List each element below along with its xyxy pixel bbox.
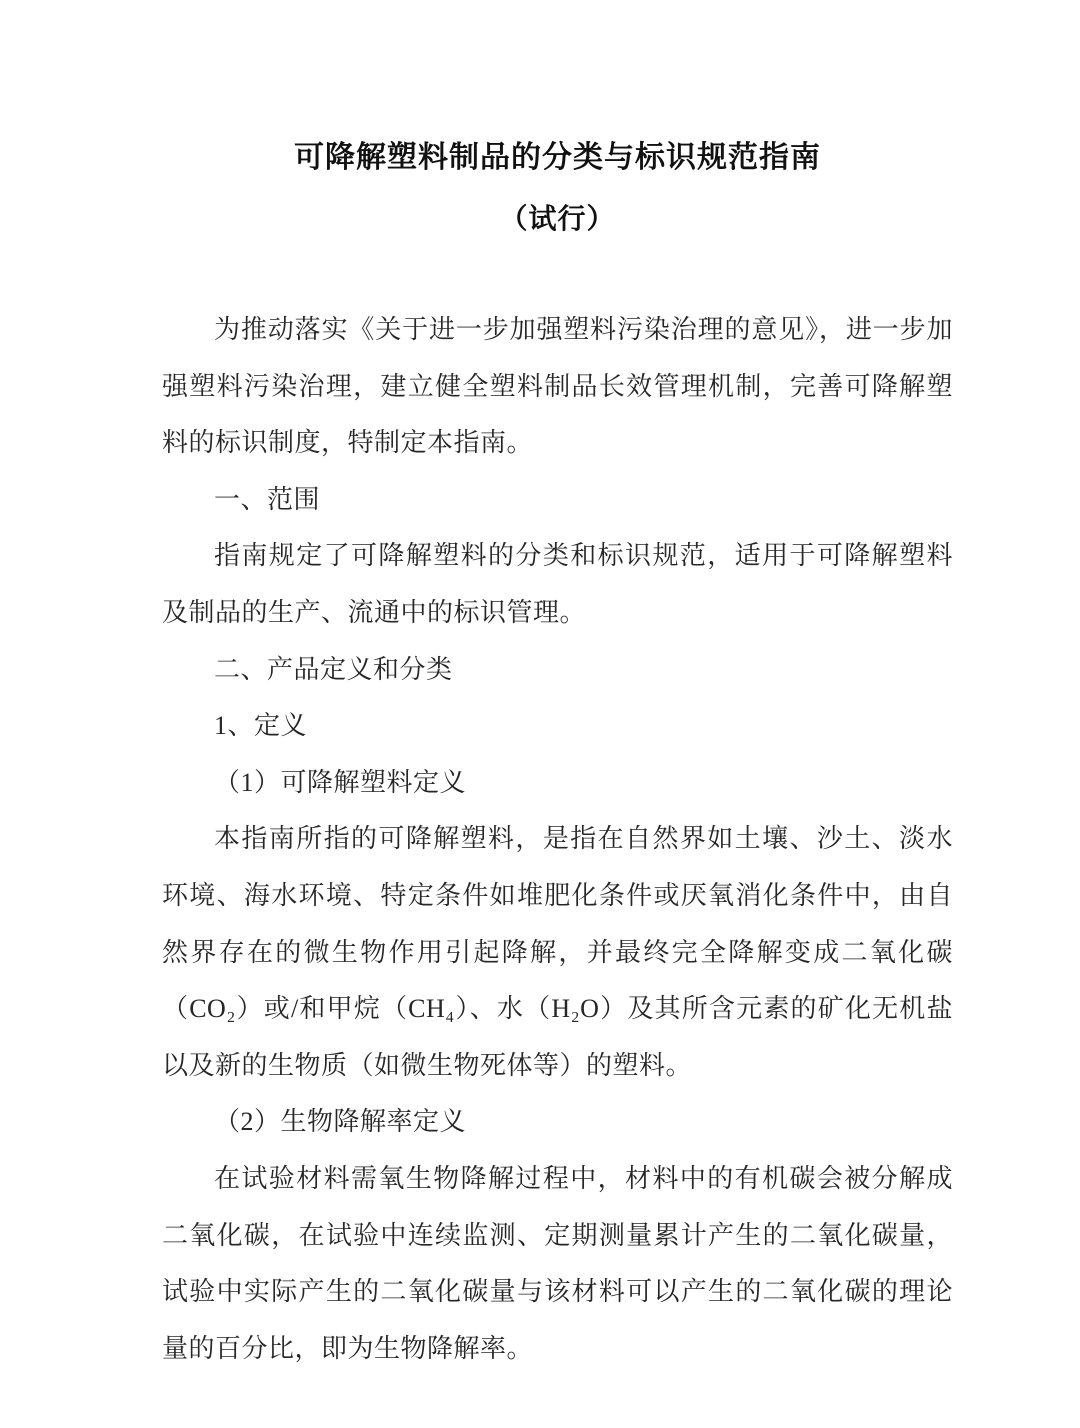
section-heading: （1）可降解塑料定义 [162,755,953,812]
document-body: 为推动落实《关于进一步加强塑料污染治理的意见》，进一步加强塑料污染治理，建立健全… [162,302,953,1377]
body-paragraph: 本指南所指的可降解塑料，是指在自然界如土壤、沙土、淡水环境、海水环境、特定条件如… [162,811,953,1094]
body-paragraph: 为推动落实《关于进一步加强塑料污染治理的意见》，进一步加强塑料污染治理，建立健全… [162,302,953,472]
section-heading: 1、定义 [162,698,953,755]
body-paragraph: 在试验材料需氧生物降解过程中，材料中的有机碳会被分解成二氧化碳，在试验中连续监测… [162,1151,953,1377]
section-heading: （2）生物降解率定义 [162,1094,953,1151]
section-heading: 一、范围 [162,472,953,529]
document-content: 可降解塑料制品的分类与标识规范指南 （试行） 为推动落实《关于进一步加强塑料污染… [0,141,1080,1377]
document-page: 可降解塑料制品的分类与标识规范指南 （试行） 为推动落实《关于进一步加强塑料污染… [0,0,1080,1428]
body-paragraph: 指南规定了可降解塑料的分类和标识规范，适用于可降解塑料及制品的生产、流通中的标识… [162,528,953,641]
document-title: 可降解塑料制品的分类与标识规范指南 [162,141,953,175]
document-subtitle: （试行） [162,202,953,235]
section-heading: 二、产品定义和分类 [162,642,953,699]
